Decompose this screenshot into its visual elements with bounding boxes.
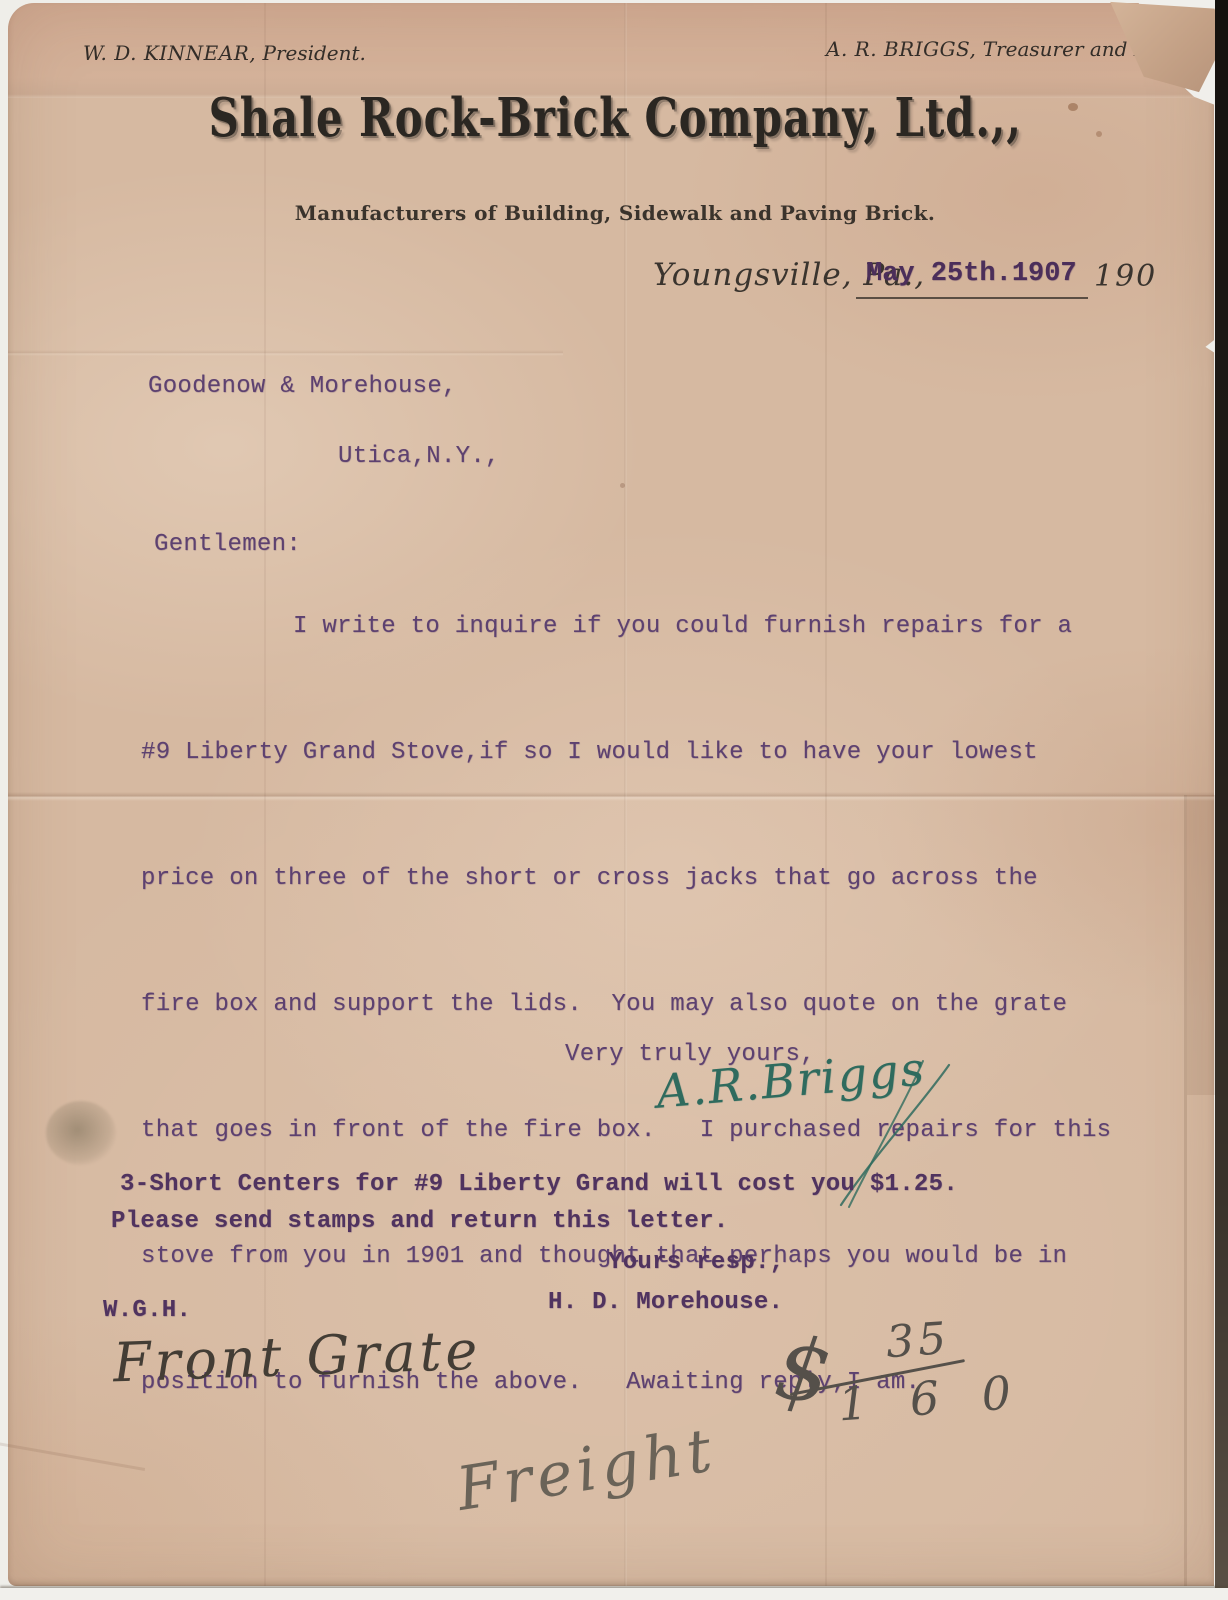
ink-stain — [46, 1101, 116, 1165]
handwritten-front-grate: Front Grate — [112, 1319, 482, 1395]
letter-paper: W. D. KINNEAR, President. A. R. BRIGGS, … — [8, 3, 1214, 1586]
officer-right-name: A. R. BRIGGS, — [826, 37, 976, 61]
paper-speck — [620, 483, 625, 488]
dateline-rule — [856, 297, 1088, 299]
officer-left-title: President. — [256, 41, 366, 65]
dateline-typed-date: May 25th.1907 — [866, 259, 1077, 289]
recipient-city: Utica,N.Y., — [338, 443, 500, 470]
reply-note-line2: Please send stamps and return this lette… — [111, 1208, 729, 1235]
body-line: I write to inquire if you could furnish … — [141, 591, 1111, 663]
handwritten-amount-numerator: 35 — [884, 1313, 951, 1368]
reply-note-line1: 3-Short Centers for #9 Liberty Grand wil… — [120, 1171, 958, 1198]
morehouse-typed-name: H. D. Morehouse. — [548, 1289, 783, 1316]
company-name-heading: Shale Rock-Brick Company, Ltd.,, — [8, 91, 1222, 144]
scanned-letter: W. D. KINNEAR, President. A. R. BRIGGS, … — [0, 0, 1228, 1600]
reply-note-closing: Yours resp., — [608, 1249, 784, 1276]
body-line: that goes in front of the fire box. I pu… — [141, 1095, 1111, 1167]
scan-edge-right — [1215, 0, 1228, 1600]
recipient-name: Goodenow & Morehouse, — [148, 373, 457, 400]
company-tagline: Manufacturers of Building, Sidewalk and … — [8, 201, 1222, 225]
body-line: fire box and support the lids. You may a… — [141, 969, 1111, 1041]
dateline-year-stub: 190 — [1094, 259, 1157, 294]
fold-crease-horizontal-faint — [8, 350, 563, 356]
officer-left: W. D. KINNEAR, President. — [83, 41, 366, 65]
body-line: #9 Liberty Grand Stove,if so I would lik… — [141, 717, 1111, 789]
fold-crease-diagonal — [0, 1442, 145, 1471]
typist-initials: W.G.H. — [103, 1297, 191, 1324]
scan-edge-bottom — [0, 1588, 1228, 1600]
body-line: price on three of the short or cross jac… — [141, 843, 1111, 915]
officer-left-name: W. D. KINNEAR, — [83, 41, 256, 65]
